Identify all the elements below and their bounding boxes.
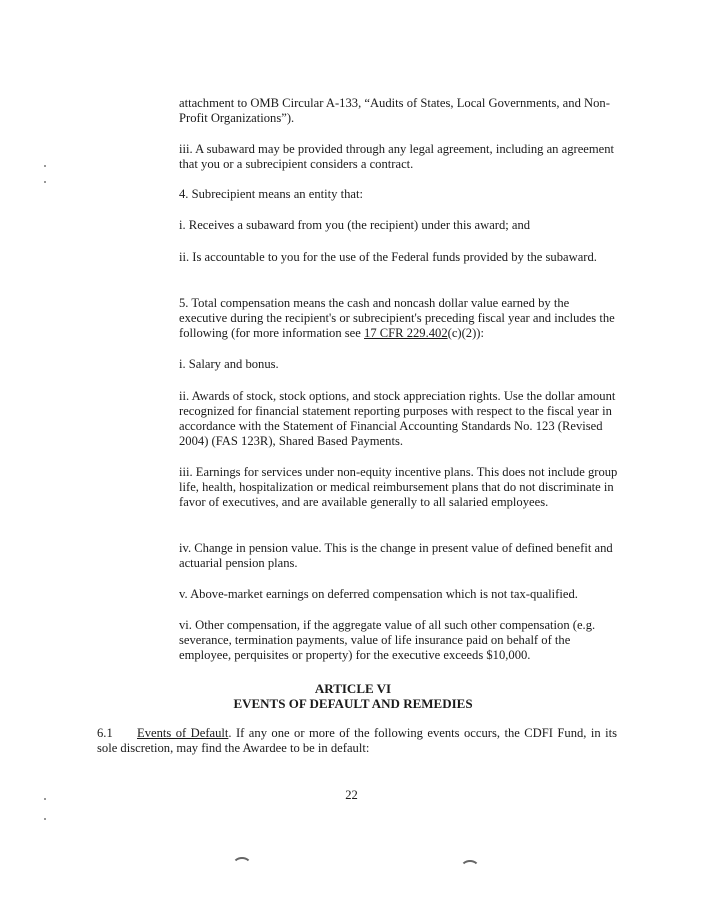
scan-speck — [44, 818, 46, 820]
paragraph-subrecipient-definition: 4. Subrecipient means an entity that: — [179, 187, 619, 202]
section-heading: Events of Default — [137, 726, 228, 740]
paragraph-compensation-v: v. Above-market earnings on deferred com… — [179, 587, 619, 602]
total-compensation-text-end: (c)(2)): — [448, 326, 484, 340]
paragraph-total-compensation: 5. Total compensation means the cash and… — [179, 296, 619, 341]
document-page: attachment to OMB Circular A-133, “Audit… — [0, 0, 703, 910]
paragraph-subrecipient-i: i. Receives a subaward from you (the rec… — [179, 218, 619, 233]
section-number: 6.1 — [97, 726, 137, 741]
paragraph-compensation-i: i. Salary and bonus. — [179, 357, 619, 372]
paragraph-subaward-iii: iii. A subaward may be provided through … — [179, 142, 619, 172]
punch-hole-mark — [460, 860, 480, 878]
paragraph-compensation-vi: vi. Other compensation, if the aggregate… — [179, 618, 619, 663]
article-title: EVENTS OF DEFAULT AND REMEDIES — [90, 696, 616, 712]
paragraph-compensation-ii: ii. Awards of stock, stock options, and … — [179, 389, 619, 449]
punch-hole-mark — [232, 857, 252, 875]
scan-speck — [44, 165, 46, 167]
paragraph-compensation-iii: iii. Earnings for services under non-equ… — [179, 465, 619, 510]
paragraph-subrecipient-ii: ii. Is accountable to you for the use of… — [179, 250, 619, 265]
page-number: 22 — [0, 788, 703, 803]
article-number: ARTICLE VI — [90, 681, 616, 697]
scan-speck — [44, 181, 46, 183]
section-6-1: 6.1Events of Default. If any one or more… — [97, 726, 617, 756]
cfr-link[interactable]: 17 CFR 229.402 — [364, 326, 448, 340]
scan-speck — [44, 798, 46, 800]
paragraph-compensation-iv: iv. Change in pension value. This is the… — [179, 541, 619, 571]
paragraph-attachment: attachment to OMB Circular A-133, “Audit… — [179, 96, 619, 126]
